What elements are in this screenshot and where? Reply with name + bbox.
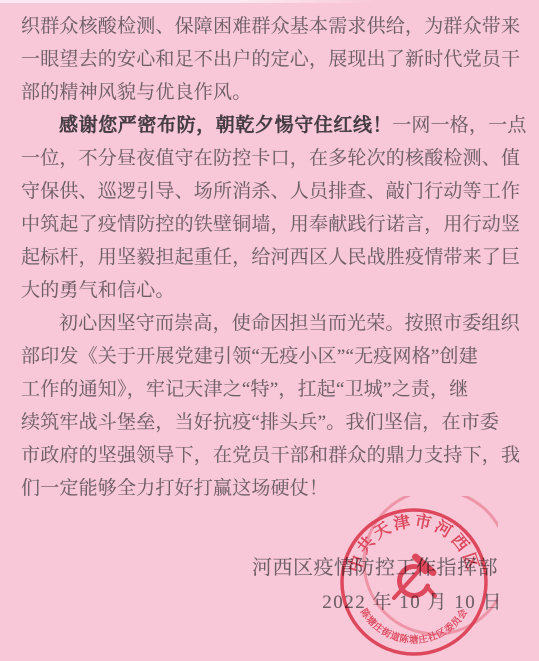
text-line: 续筑牢战斗堡垒，当好抗疫“排头兵”。我们坚信，在市委 [21,406,518,439]
text-line: 中筑起了疫情防控的铁壁铜墙，用奉献践行诺言，用行动竖 [21,208,518,241]
signature-org: 河西区疫情防控工作指挥部 [252,551,498,580]
text-line: 市政府的坚强领导下，在党员干部和群众的鼎力支持下，我 [21,439,518,472]
text-segment: 织群众核酸检测、保障困难群众基本需求供给，为群众带来 [21,16,520,37]
bold-text-segment: 感谢您严密布防，朝乾夕惕守住红线！ [59,115,392,136]
text-segment: 守保供、巡逻引导、场所消杀、人员排查、敲门行动等工作 [21,181,520,202]
text-segment: 一位，不分昼夜值守在防控卡口，在多轮次的核酸检测、值 [21,148,520,169]
text-line: 大的勇气和信心。 [21,274,518,307]
text-segment: 一网一格，一点 [392,115,526,136]
text-segment: 中筑起了疫情防控的铁壁铜墙，用奉献践行诺言，用行动竖 [21,214,520,235]
text-line: 初心因坚守而崇高，使命因担当而光荣。按照市委组织 [21,307,518,340]
text-line: 工作的通知》，牢记天津之“特”，扛起“卫城”之责，继 [21,373,518,406]
text-line: 们一定能够全力打好打赢这场硬仗！ [21,472,518,505]
text-segment: 部印发《关于开展党建引领“无疫小区”“无疫网格”创建 [21,346,478,367]
text-line: 一位，不分昼夜值守在防控卡口，在多轮次的核酸检测、值 [21,142,518,175]
text-segment: 工作的通知》，牢记天津之“特”，扛起“卫城”之责，继 [21,379,468,400]
text-line: 部印发《关于开展党建引领“无疫小区”“无疫网格”创建 [21,340,518,373]
text-segment: 初心因坚守而崇高，使命因担当而光荣。按照市委组织 [59,313,520,334]
text-segment: 市政府的坚强领导下，在党员干部和群众的鼎力支持下，我 [21,445,520,466]
text-line: 起标杆，用坚毅担起重任，给河西区人民战胜疫情带来了巨 [21,241,518,274]
seal-outer-ring [342,510,486,654]
text-segment: 部的精神风貌与优良作风。 [21,82,251,103]
text-line: 部的精神风貌与优良作风。 [21,76,518,109]
text-line: 织群众核酸检测、保障困难群众基本需求供给，为群众带来 [21,10,518,43]
text-segment: 起标杆，用坚毅担起重任，给河西区人民战胜疫情带来了巨 [21,247,520,268]
document-body: 织群众核酸检测、保障困难群众基本需求供给，为群众带来一眼望去的安心和足不出户的定… [21,10,518,505]
signature-date: 2022 年 10 月 10 日 [322,587,503,614]
text-segment: 大的勇气和信心。 [21,280,175,301]
text-segment: 一眼望去的安心和足不出户的定心，展现出了新时代党员干 [21,49,520,70]
text-line: 一眼望去的安心和足不出户的定心，展现出了新时代党员干 [21,43,518,76]
text-segment: 们一定能够全力打好打赢这场硬仗！ [21,478,328,499]
text-line: 感谢您严密布防，朝乾夕惕守住红线！一网一格，一点 [21,109,518,142]
text-line: 守保供、巡逻引导、场所消杀、人员排查、敲门行动等工作 [21,175,518,208]
text-segment: 续筑牢战斗堡垒，当好抗疫“排头兵”。我们坚信，在市委 [21,412,499,433]
scanned-letter-page: { "page": { "bg_color": "#f8c8d8", "text… [0,0,539,661]
